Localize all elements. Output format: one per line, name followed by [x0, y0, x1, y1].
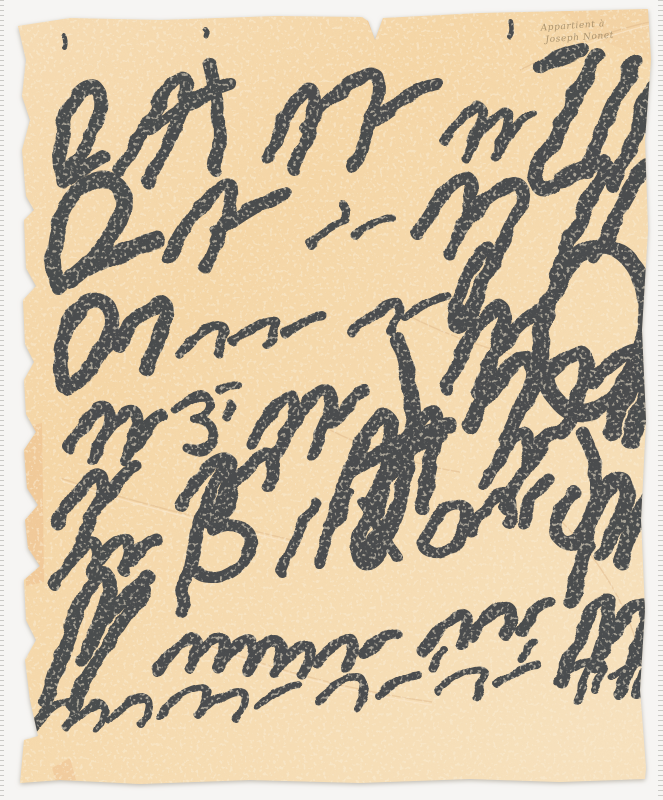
- paper-grain-texture: [18, 9, 653, 785]
- photo-stage: Appartient à Joseph Nonet: [0, 0, 663, 800]
- manuscript-photo: [0, 0, 663, 800]
